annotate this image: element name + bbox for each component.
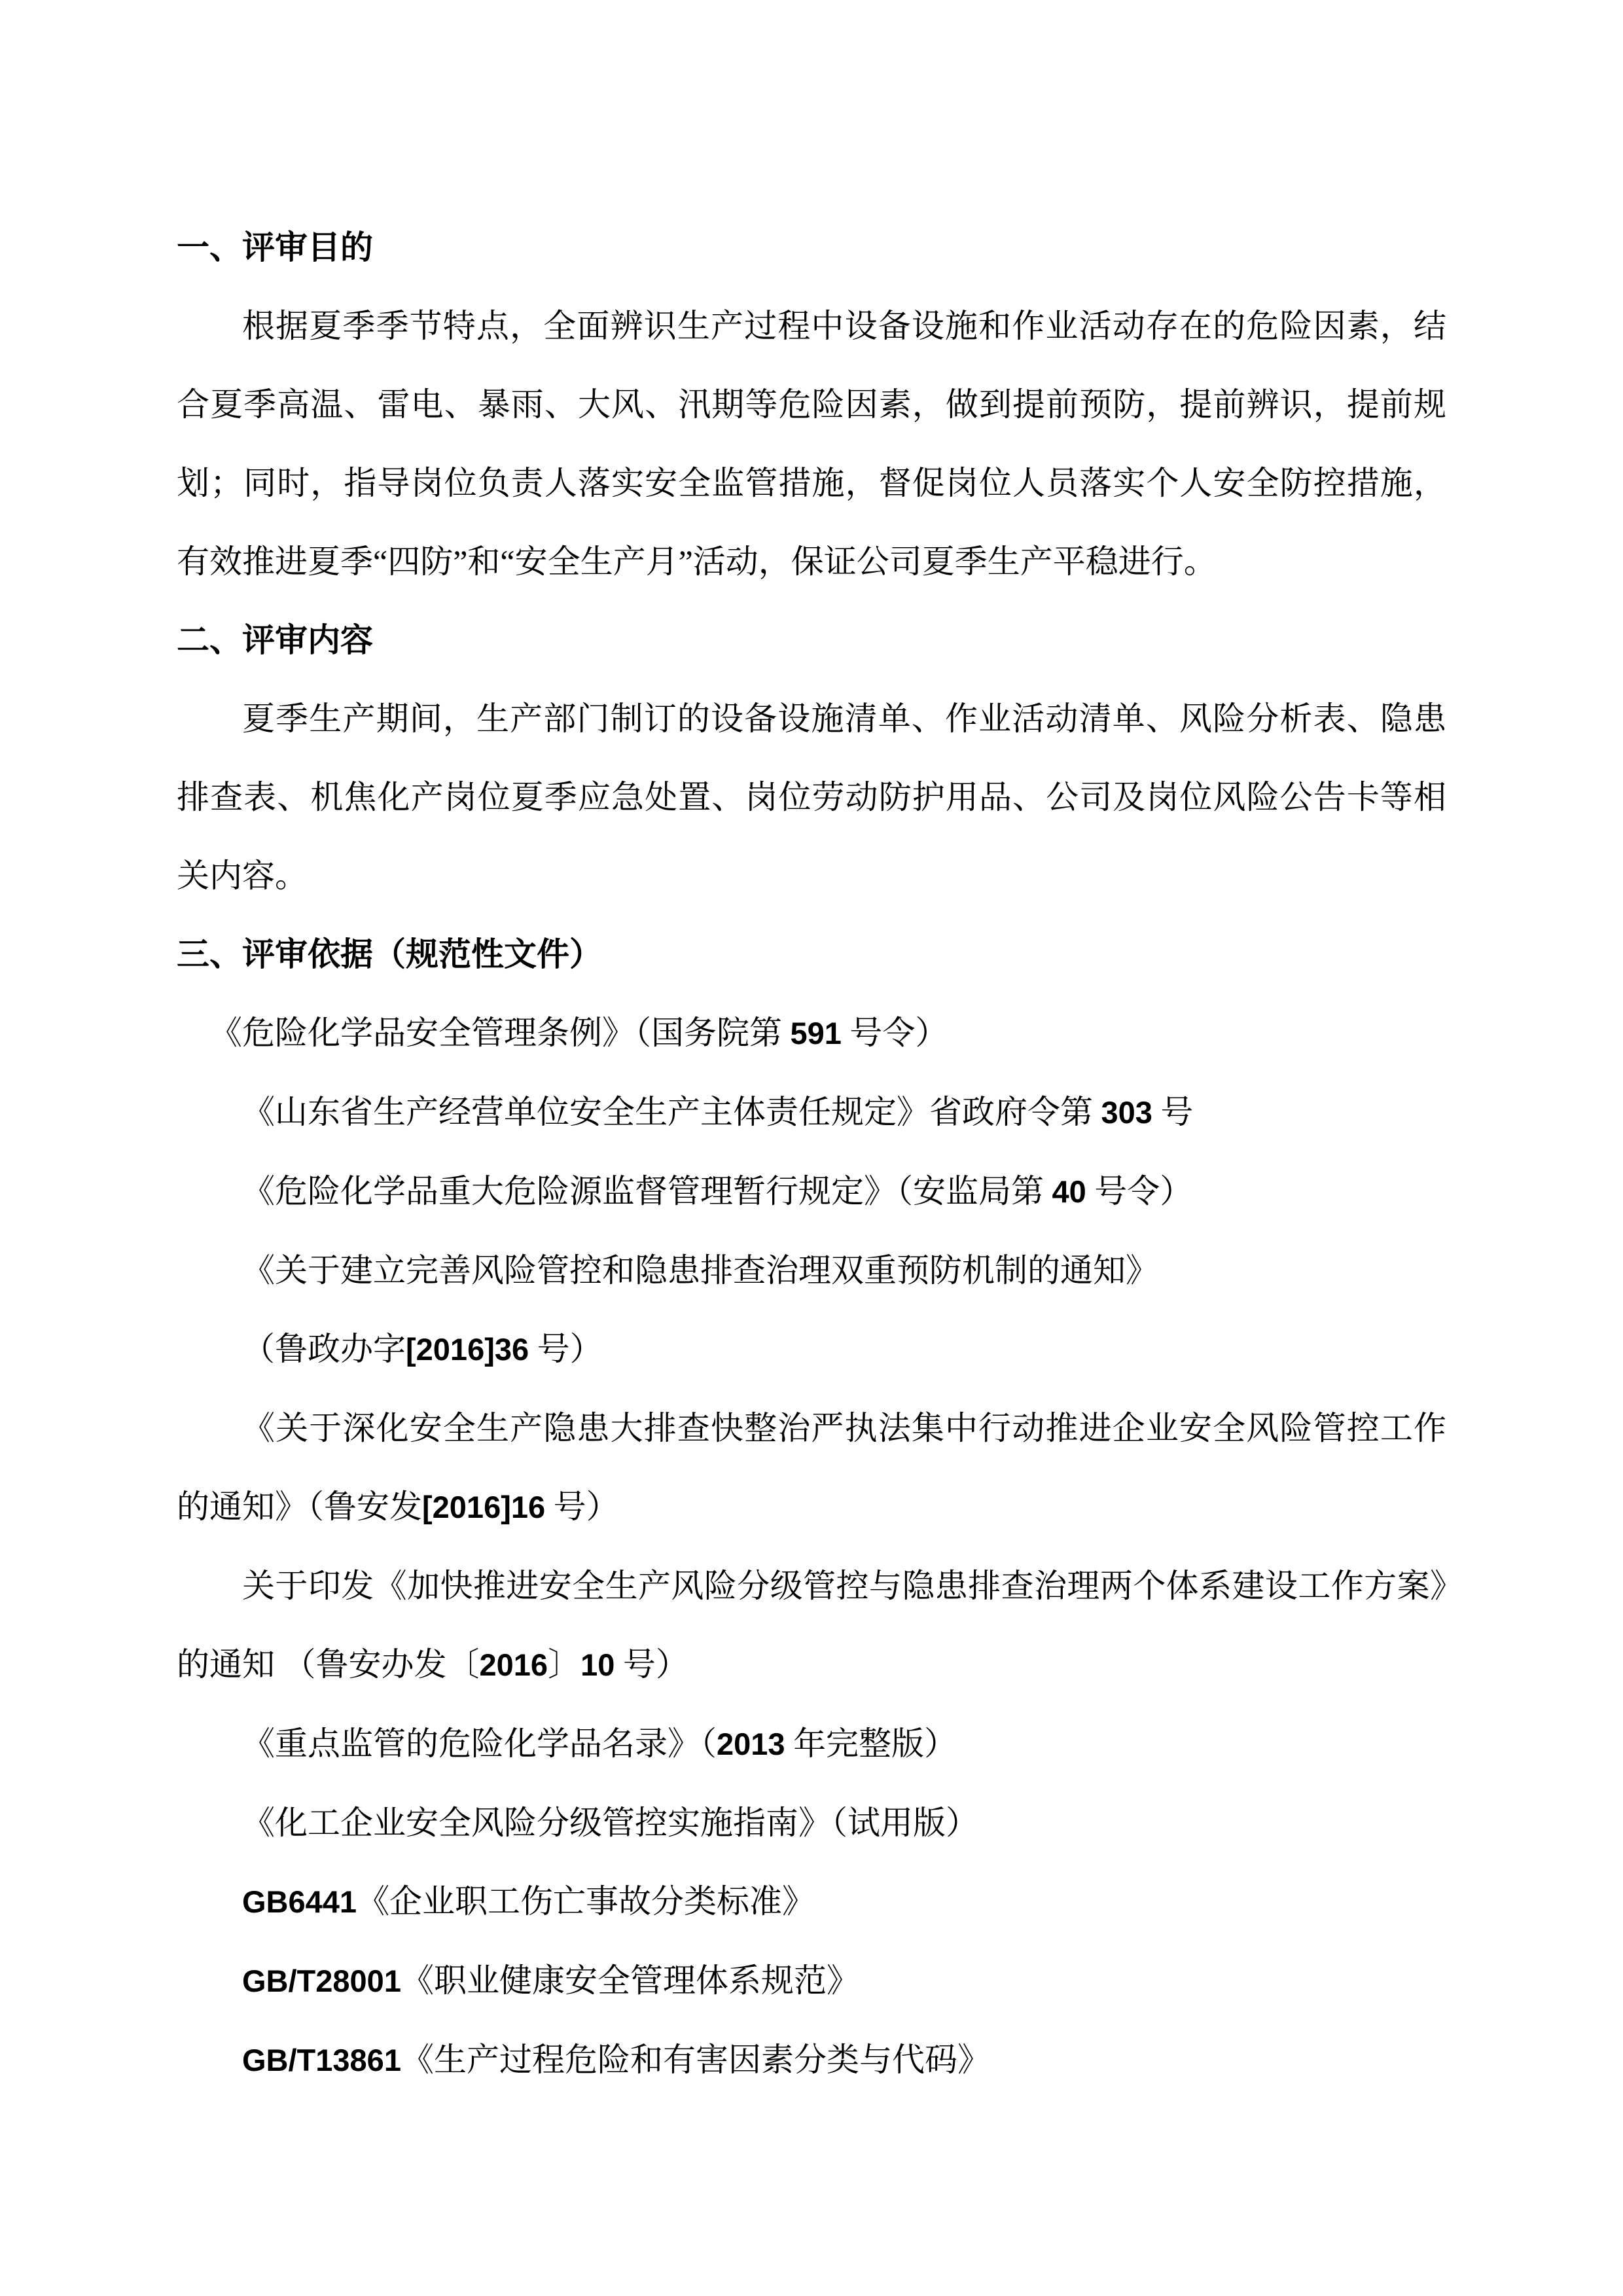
latin-run: [2016]36: [406, 1332, 529, 1367]
document-page: 一、评审目的 根据夏季季节特点，全面辨识生产过程中设备设施和作业活动存在的危险因…: [0, 0, 1623, 2296]
latin-run: GB6441: [242, 1884, 357, 1919]
reference-item-5: （鲁政办字[2016]36 号）: [177, 1310, 1446, 1389]
latin-run: 303: [1101, 1095, 1152, 1130]
latin-run: GB/T28001: [242, 1964, 401, 1998]
section-1-paragraph: 根据夏季季节特点，全面辨识生产过程中设备设施和作业活动存在的危险因素，结合夏季高…: [177, 287, 1446, 601]
reference-item-10: GB6441《企业职工伤亡事故分类标准》: [177, 1862, 1446, 1941]
latin-run: 2016: [480, 1647, 548, 1682]
latin-run: 2013: [717, 1727, 785, 1761]
section-2-heading: 二、评审内容: [177, 601, 1446, 679]
reference-item-9: 《化工企业安全风险分级管控实施指南》（试用版）: [177, 1784, 1446, 1862]
reference-item-6: 《关于深化安全生产隐患大排查快整治严执法集中行动推进企业安全风险管控工作的通知》…: [177, 1389, 1446, 1547]
section-2-paragraph: 夏季生产期间，生产部门制订的设备设施清单、作业活动清单、风险分析表、隐患排查表、…: [177, 679, 1446, 915]
reference-item-8: 《重点监管的危险化学品名录》（2013 年完整版）: [177, 1704, 1446, 1784]
latin-run: 10: [580, 1647, 615, 1682]
reference-item-1: 《危险化学品安全管理条例》（国务院第 591 号令）: [177, 994, 1446, 1073]
reference-item-7: 关于印发《加快推进安全生产风险分级管控与隐患排查治理两个体系建设工作方案》的通知…: [177, 1547, 1446, 1704]
reference-item-12: GB/T13861《生产过程危险和有害因素分类与代码》: [177, 2020, 1446, 2100]
latin-run: GB/T13861: [242, 2043, 401, 2077]
reference-item-4: 《关于建立完善风险管控和隐患排查治理双重预防机制的通知》: [177, 1231, 1446, 1310]
reference-item-11: GB/T28001《职业健康安全管理体系规范》: [177, 1941, 1446, 2020]
reference-item-2: 《山东省生产经营单位安全生产主体责任规定》省政府令第 303 号: [177, 1073, 1446, 1152]
latin-run: [2016]16: [422, 1490, 545, 1524]
latin-run: 591: [791, 1016, 842, 1050]
section-1-heading: 一、评审目的: [177, 208, 1446, 287]
section-3-heading: 三、评审依据（规范性文件）: [177, 915, 1446, 994]
latin-run: 40: [1052, 1174, 1086, 1209]
reference-item-3: 《危险化学品重大危险源监督管理暂行规定》（安监局第 40 号令）: [177, 1152, 1446, 1231]
